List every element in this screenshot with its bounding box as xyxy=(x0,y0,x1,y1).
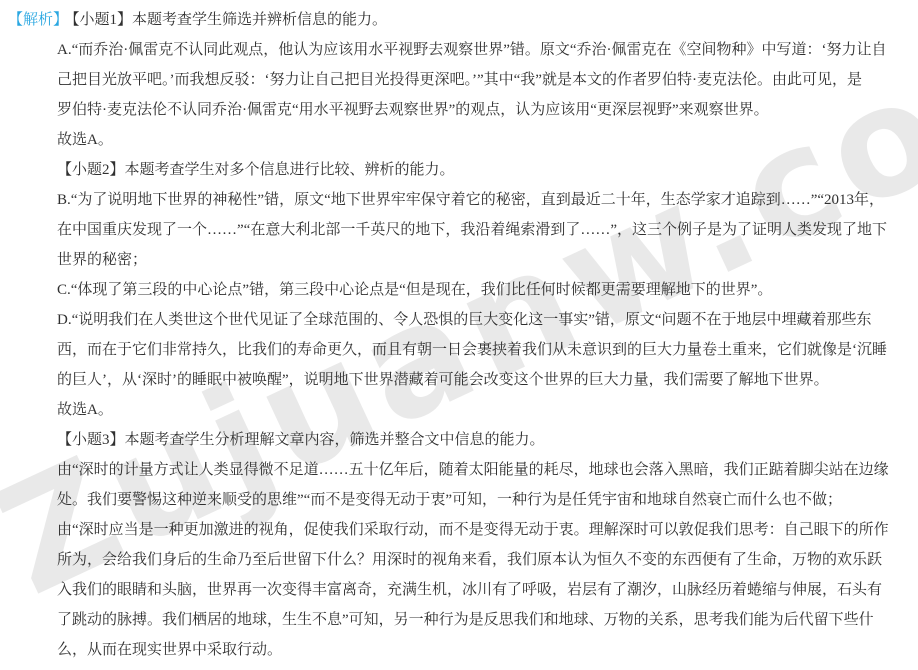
text-line: 所为，会给我们身后的生命乃至后世留下什么？用深时的视角来看，我们原本认为恒久不变… xyxy=(8,545,910,575)
text-line: 由“深时的计量方式让人类显得微不足道……五十亿年后，随着太阳能量的耗尽，地球也会… xyxy=(8,455,910,485)
text-line: 罗伯特·麦克法伦不认同乔治·佩雷克“用水平视野去观察世界”的观点，认为应该用“更… xyxy=(8,95,910,125)
answer-explanation-page: Zujuanw.com 【解析】【小题1】本题考查学生筛选并辨析信息的能力。 A… xyxy=(0,0,918,670)
text-line: 么，从而在现实世界中采取行动。 xyxy=(8,635,910,665)
text-line: 由“深时应当是一种更加激进的视角，促使我们采取行动，而不是变得无动于衷。理解深时… xyxy=(8,515,910,545)
text-line: 世界的秘密； xyxy=(8,245,910,275)
analysis-label: 【解析】 xyxy=(8,12,68,28)
text-line: 【解析】【小题1】本题考查学生筛选并辨析信息的能力。 xyxy=(8,5,910,35)
text-line: B.“为了说明地下世界的神秘性”错，原文“地下世界牢牢保守着它的秘密，直到最近二… xyxy=(8,185,910,215)
text-line: 【小题3】本题考查学生分析理解文章内容，筛选并整合文中信息的能力。 xyxy=(8,425,910,455)
text-line: A.“而乔治·佩雷克不认同此观点，他认为应该用水平视野去观察世界”错。原文“乔治… xyxy=(8,35,910,65)
line-text: 【小题1】本题考查学生筛选并辨析信息的能力。 xyxy=(72,12,387,28)
text-line: 己把目光放平吧。’而我想反驳：‘努力让自己把目光投得更深吧。’”其中“我”就是本… xyxy=(8,65,910,95)
text-line: 的巨人’，从‘深时’的睡眠中被唤醒”，说明地下世界潜藏着可能会改变这个世界的巨大… xyxy=(8,365,910,395)
text-line: 故选A。 xyxy=(8,395,910,425)
text-line: 处。我们要警惕这种逆来顺受的思维”“而不是变得无动于衷”可知，一种行为是任凭宇宙… xyxy=(8,485,910,515)
text-line: C.“体现了第三段的中心论点”错，第三段中心论点是“但是现在，我们比任何时候都更… xyxy=(8,275,910,305)
text-line: 入我们的眼睛和头脑，世界再一次变得丰富离奇，充满生机，冰川有了呼吸，岩层有了潮汐… xyxy=(8,575,910,605)
text-line: 【小题2】本题考查学生对多个信息进行比较、辨析的能力。 xyxy=(8,155,910,185)
text-line: D.“说明我们在人类世这个世代见证了全球范围的、令人恐惧的巨大变化这一事实”错，… xyxy=(8,305,910,335)
text-line: 在中国重庆发现了一个……”“在意大利北部一千英尺的地下，我沿着绳索滑到了……”，… xyxy=(8,215,910,245)
text-line: 了跳动的脉搏。我们栖居的地球，生生不息”可知，另一种行为是反思我们和地球、万物的… xyxy=(8,605,910,635)
text-line: 西，而在于它们非常持久，比我们的寿命更久，而且有朝一日会裹挟着我们从未意识到的巨… xyxy=(8,335,910,365)
text-line: 故选A。 xyxy=(8,125,910,155)
document: 【解析】【小题1】本题考查学生筛选并辨析信息的能力。 A.“而乔治·佩雷克不认同… xyxy=(0,0,918,665)
